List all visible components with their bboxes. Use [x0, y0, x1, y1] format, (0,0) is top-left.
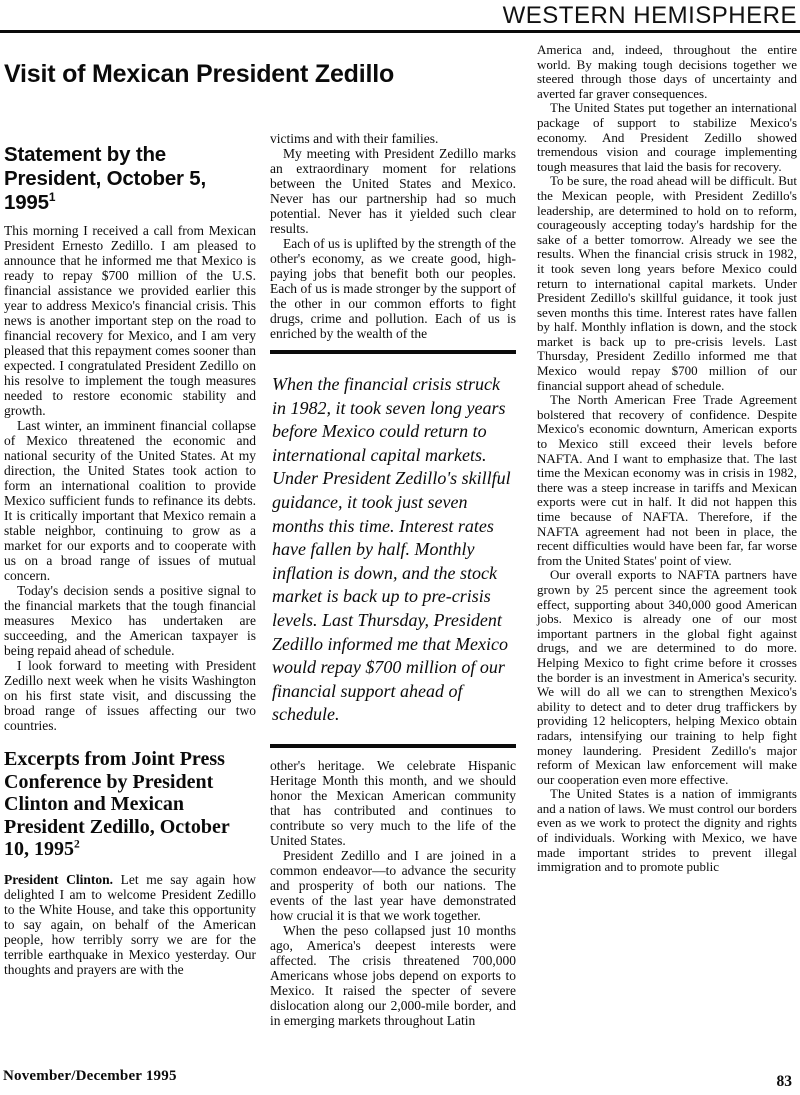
- paragraph: other's heritage. We celebrate Hispanic …: [270, 758, 516, 848]
- paragraph: The North American Free Trade Agreement …: [537, 393, 797, 568]
- footnote-marker-1: 1: [49, 190, 55, 204]
- paragraph: The United States put together an intern…: [537, 101, 797, 174]
- header-rule: [0, 30, 800, 33]
- paragraph: President Clinton. Let me say again how …: [4, 872, 256, 977]
- paragraph: Our overall exports to NAFTA partners ha…: [537, 568, 797, 787]
- speaker-name: President Clinton.: [4, 872, 113, 887]
- paragraph: This morning I received a call from Mexi…: [4, 223, 256, 418]
- pull-quote-block: When the financial crisis struck in 1982…: [270, 350, 516, 748]
- paragraph: Each of us is uplifted by the strength o…: [270, 236, 516, 341]
- column-middle: victims and with their families. My meet…: [270, 131, 516, 1028]
- quote-rule-bottom: [270, 744, 516, 748]
- article-title: Visit of Mexican President Zedillo: [4, 60, 534, 89]
- paragraph: Last winter, an imminent financial colla…: [4, 418, 256, 583]
- footer-issue-date: November/December 1995: [3, 1068, 177, 1085]
- excerpts-heading-text: Excerpts from Joint Press Conference by …: [4, 748, 229, 860]
- paragraph: Today's decision sends a positive signal…: [4, 583, 256, 658]
- paragraph: victims and with their families.: [270, 131, 516, 146]
- statement-heading-text: Statement by the President, October 5, 1…: [4, 143, 206, 214]
- column-right: America and, indeed, throughout the enti…: [537, 43, 797, 875]
- paragraph: My meeting with President Zedillo marks …: [270, 146, 516, 236]
- footer-page-number: 83: [777, 1073, 793, 1091]
- paragraph: President Zedillo and I are joined in a …: [270, 848, 516, 923]
- paragraph: I look forward to meeting with President…: [4, 658, 256, 733]
- footnote-marker-2: 2: [74, 837, 80, 850]
- section-header: WESTERN HEMISPHERE: [503, 2, 797, 30]
- paragraph: The United States is a nation of immigra…: [537, 787, 797, 875]
- column-left: Statement by the President, October 5, 1…: [4, 143, 256, 977]
- pull-quote: When the financial crisis struck in 1982…: [270, 354, 516, 744]
- paragraph: When the peso collapsed just 10 months a…: [270, 923, 516, 1028]
- document-page: WESTERN HEMISPHERE Visit of Mexican Pres…: [0, 0, 800, 1095]
- paragraph: To be sure, the road ahead will be diffi…: [537, 174, 797, 393]
- paragraph: America and, indeed, throughout the enti…: [537, 43, 797, 101]
- speaker-text: Let me say again how delighted I am to w…: [4, 872, 256, 977]
- statement-heading: Statement by the President, October 5, 1…: [4, 143, 256, 215]
- excerpts-heading: Excerpts from Joint Press Conference by …: [4, 748, 256, 861]
